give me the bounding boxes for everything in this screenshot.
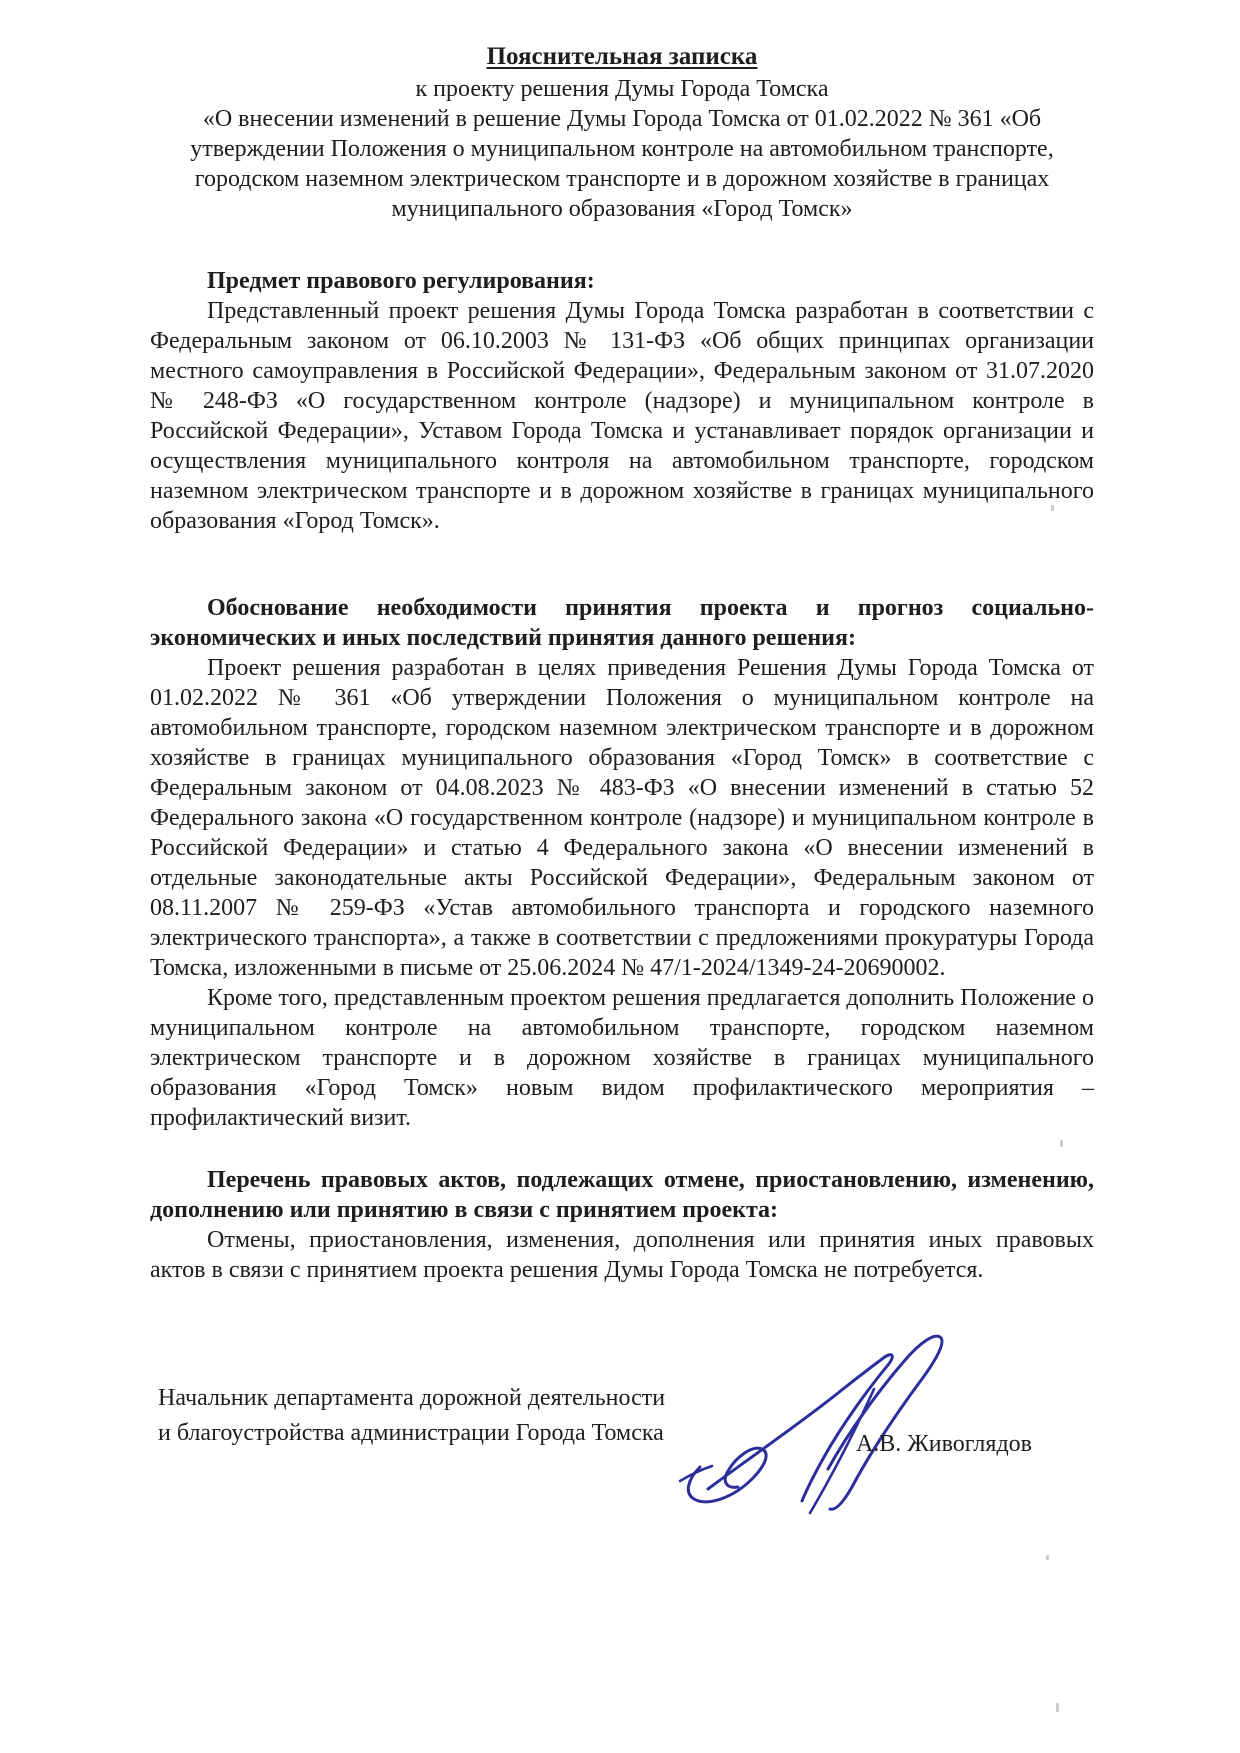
spacer xyxy=(150,224,1094,266)
document-content: Пояснительная записка к проекту решения … xyxy=(0,0,1240,1521)
section-heading-acts-list: Перечень правовых актов, подлежащих отме… xyxy=(150,1165,1094,1225)
scan-speck xyxy=(1056,1703,1059,1712)
signer-position-line: Начальник департамента дорожной деятельн… xyxy=(158,1381,678,1416)
signature-block: Начальник департамента дорожной деятельн… xyxy=(150,1381,1094,1521)
section-heading-justification: Обоснование необходимости принятия проек… xyxy=(150,593,1094,653)
document-page: Пояснительная записка к проекту решения … xyxy=(0,0,1240,1753)
paragraph: Отмены, приостановления, изменения, допо… xyxy=(150,1225,1094,1285)
document-title: Пояснительная записка xyxy=(150,42,1094,72)
signer-position-title: Начальник департамента дорожной деятельн… xyxy=(158,1381,678,1451)
paragraph: Проект решения разработан в целях привед… xyxy=(150,653,1094,983)
signer-name: А.В. Живоглядов xyxy=(856,1429,1032,1459)
document-subtitle: к проекту решения Думы Города Томска xyxy=(150,74,1094,104)
handwritten-signature xyxy=(678,1329,978,1524)
scan-speck xyxy=(1051,505,1054,511)
paragraph: Кроме того, представленным проектом реше… xyxy=(150,983,1094,1133)
signature-ink xyxy=(680,1336,942,1513)
scan-speck xyxy=(1060,1140,1063,1147)
spacer xyxy=(150,1133,1094,1165)
spacer xyxy=(150,536,1094,593)
signer-position-line: и благоустройства администрации Города Т… xyxy=(158,1416,678,1451)
scan-speck xyxy=(1046,1555,1049,1560)
document-subject-quote: «О внесении изменений в решение Думы Гор… xyxy=(150,104,1094,224)
section-heading-subject: Предмет правового регулирования: xyxy=(150,266,1094,296)
paragraph: Представленный проект решения Думы Город… xyxy=(150,296,1094,536)
